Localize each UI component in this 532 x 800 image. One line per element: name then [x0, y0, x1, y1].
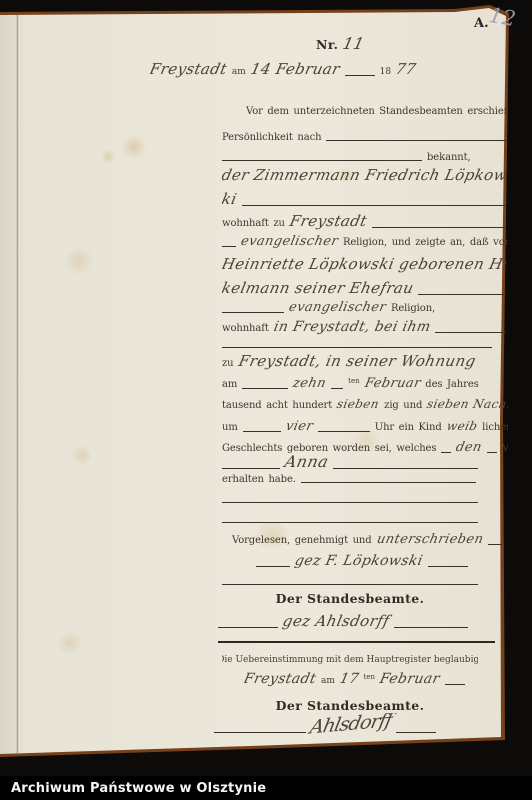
printed-text: am — [321, 676, 335, 686]
ruled-line — [222, 518, 478, 523]
form-line: Ahlsdorff — [214, 713, 470, 735]
form-line: tausend acht hundertsiebenzig undsieben … — [222, 397, 508, 411]
handwritten-text: evangelischer — [239, 234, 339, 249]
ruled-line — [418, 290, 506, 295]
ruled-line — [222, 308, 284, 313]
printed-text: zig und — [384, 400, 422, 411]
form-line: gez F. Löpkowski — [256, 553, 468, 569]
printed-text: ten — [348, 377, 359, 385]
handwritten-text: sieben — [336, 397, 381, 411]
ruled-line — [331, 384, 343, 389]
form-line: evangelischerReligion, — [222, 300, 482, 315]
handwritten-text: 11 — [341, 34, 366, 53]
ruled-line — [301, 478, 476, 483]
printed-text: Der Standesbeamte. — [276, 698, 425, 713]
handwritten-text: Freystadt — [288, 212, 369, 230]
handwritten-text: Heinriette Löpkowski geborenen Hin- — [222, 255, 506, 273]
ruled-line — [394, 623, 468, 628]
handwritten-text: 14 Februar — [249, 60, 342, 78]
ruled-line — [243, 427, 281, 432]
handwritten-text: Freystadt — [150, 60, 229, 78]
form-line: Nr.11 — [316, 34, 430, 53]
form-line: gez Ahlsdorff — [218, 612, 468, 630]
ruled-line — [333, 464, 478, 469]
handwritten-text: Freystadt — [244, 671, 318, 687]
form-line: amzehntenFebruardes Jahres — [222, 376, 508, 391]
form-line: Vorgelesen, genehmigt undunterschrieben — [232, 532, 502, 547]
handwritten-text: ki — [222, 190, 239, 208]
handwritten-text: Ahlsdorff — [308, 713, 394, 735]
archive-bar-label: Archiwum Państwowe w Olsztynie — [0, 781, 266, 796]
ruled-line — [318, 427, 370, 432]
ruled-line — [222, 242, 236, 247]
form-line — [222, 580, 478, 587]
printed-text: Religion, und zeigte an, daß von der — [343, 237, 508, 248]
ruled-line — [396, 728, 436, 733]
printed-text: Vornamen — [502, 443, 508, 454]
printed-text: erhalten habe. — [222, 474, 296, 485]
handwritten-text: sieben Nachmittags — [426, 397, 508, 411]
form-line: Der Standesbeamte. — [222, 591, 478, 606]
printed-text: zu — [222, 358, 234, 369]
form-line: Der Standesbeamte. — [222, 698, 478, 713]
form-line: Persönlichkeit nach — [222, 132, 506, 143]
handwritten-text: in Freystadt, bei ihm — [272, 319, 432, 335]
form-line: Anna — [222, 452, 478, 471]
printed-text: tausend acht hundert — [222, 400, 332, 411]
ruled-line — [222, 498, 478, 503]
form-line: erhalten habe. — [222, 474, 476, 485]
ruled-line — [242, 201, 506, 206]
ruled-line — [326, 136, 506, 141]
handwritten-text: 17 — [338, 671, 360, 687]
handwritten-text: weib — [445, 419, 478, 433]
printed-text: Religion, — [391, 303, 435, 314]
form-line: Freystadtam17tenFebruar1877 — [244, 671, 465, 687]
form-line: Die Uebereinstimmung mit dem Hauptregist… — [222, 655, 478, 665]
printed-text: bekannt, — [427, 152, 471, 163]
form-line: wohnhaft zuFreystadt — [222, 212, 506, 230]
printed-text: Die Uebereinstimmung mit dem Hauptregist… — [222, 655, 478, 665]
printed-text: wohnhaft — [222, 323, 269, 334]
printed-text: Nr. — [316, 37, 338, 52]
printed-text: Persönlichkeit nach — [222, 132, 321, 143]
handwritten-text: evangelischer — [287, 300, 387, 315]
form-line: zuFreystadt, in seiner Wohnung — [222, 352, 506, 370]
form-line — [222, 343, 492, 350]
printed-text: ten — [363, 673, 374, 681]
ruled-line — [222, 156, 422, 161]
form-line: der Zimmermann Friedrich Löpkows- — [222, 166, 506, 184]
printed-text: Der Standesbeamte. — [276, 591, 425, 606]
ruled-line — [218, 637, 495, 643]
ruled-line — [222, 343, 492, 348]
handwritten-text: Februar — [378, 671, 441, 687]
ruled-line — [445, 680, 465, 685]
ruled-line — [214, 728, 306, 733]
ruled-line — [488, 540, 502, 545]
form-line: ki — [222, 190, 506, 208]
handwritten-text: unterschrieben — [375, 532, 484, 547]
form-line: wohnhaftin Freystadt, bei ihm — [222, 319, 506, 335]
form-line: Freystadtam14 Februar1877 — [150, 60, 428, 78]
handwritten-text: Anna — [283, 452, 330, 471]
form-line: bekannt, — [222, 152, 474, 163]
archive-bar: Archiwum Państwowe w Olsztynie — [0, 776, 532, 800]
ruled-line — [256, 562, 290, 567]
handwritten-text: Februar — [363, 376, 422, 391]
ruled-line — [487, 448, 497, 453]
handwritten-text: gez Ahlsdorff — [281, 612, 391, 630]
archival-scan: A. 12 Nr.11Freystadtam14 Februar1877Vor … — [0, 0, 532, 800]
ruled-line — [345, 71, 375, 76]
ruled-line — [435, 328, 506, 333]
ruled-line — [218, 623, 278, 628]
handwritten-text: Freystadt, in seiner Wohnung — [237, 352, 478, 370]
printed-text: lichen — [482, 422, 508, 433]
form-line — [222, 498, 478, 505]
form-line: umvierUhr ein Kindweiblichen — [222, 419, 508, 434]
handwritten-text: gez F. Löpkowski — [293, 553, 424, 569]
printed-text: am — [222, 379, 237, 390]
printed-text: Vorgelesen, genehmigt und — [232, 535, 372, 546]
printed-text: des Jahres — [425, 379, 478, 390]
printed-text: am — [232, 67, 246, 77]
binding-crease — [16, 15, 20, 753]
form-line — [218, 637, 495, 645]
handwritten-text: kelmann seiner Ehefrau — [222, 279, 415, 297]
printed-text: um — [222, 422, 238, 433]
form-line: evangelischerReligion, und zeigte an, da… — [222, 234, 508, 249]
form-line: Heinriette Löpkowski geborenen Hin- — [222, 255, 506, 273]
ruled-line — [242, 384, 288, 389]
printed-text: 18 — [380, 67, 391, 77]
form-line: Vor dem unterzeichneten Standesbeamten e… — [246, 106, 508, 117]
handwritten-text: vier — [284, 419, 314, 434]
ruled-line — [222, 464, 280, 469]
pencil-page-number: 12 — [487, 3, 517, 31]
printed-text: Uhr ein Kind — [375, 422, 442, 433]
handwritten-text: 77 — [394, 60, 418, 78]
ruled-line — [372, 223, 506, 228]
printed-corner-letter: A. — [474, 16, 489, 31]
printed-text: wohnhaft zu — [222, 218, 285, 229]
printed-text: Vor dem unterzeichneten Standesbeamten e… — [246, 106, 508, 117]
ruled-line — [222, 580, 478, 585]
ruled-line — [428, 562, 468, 567]
form-line: kelmann seiner Ehefrau — [222, 279, 506, 297]
handwritten-text: zehn — [292, 376, 328, 391]
form-line — [222, 518, 478, 525]
handwritten-text: der Zimmermann Friedrich Löpkows- — [222, 166, 506, 184]
